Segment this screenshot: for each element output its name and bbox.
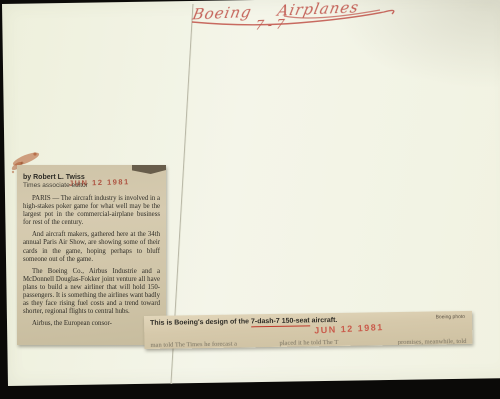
caption-underlined-phrase: 7-dash-7 150-seat	[251, 317, 310, 326]
caption-date-stamp: JUN 12 1981	[314, 322, 384, 336]
caption-text-before: This is Boeing's design of the	[150, 318, 251, 327]
caption-text-after: aircraft.	[310, 317, 338, 324]
article-paragraph: Airbus, the European consor-	[23, 320, 160, 328]
caption-cutoff-fragment-left: man told The Times he forecast a	[150, 341, 237, 349]
handwritten-word-1: Boeing	[191, 3, 254, 24]
article-paragraph: And aircraft makers, gathered here at th…	[23, 231, 160, 263]
caption-cutoff-fragment-mid: placed it he told The T	[279, 339, 338, 347]
article-paragraph: PARIS — The aircraft industry is involve…	[23, 195, 160, 227]
article-date-stamp: JUN 12 1981	[69, 177, 130, 188]
caption-text: This is Boeing's design of the 7-dash-7 …	[150, 315, 450, 327]
caption-clipping: This is Boeing's design of the 7-dash-7 …	[144, 311, 472, 349]
article-paragraph: The Boeing Co., Airbus Industrie and a M…	[23, 268, 160, 317]
caption-credit: Boeing photo	[436, 314, 466, 320]
